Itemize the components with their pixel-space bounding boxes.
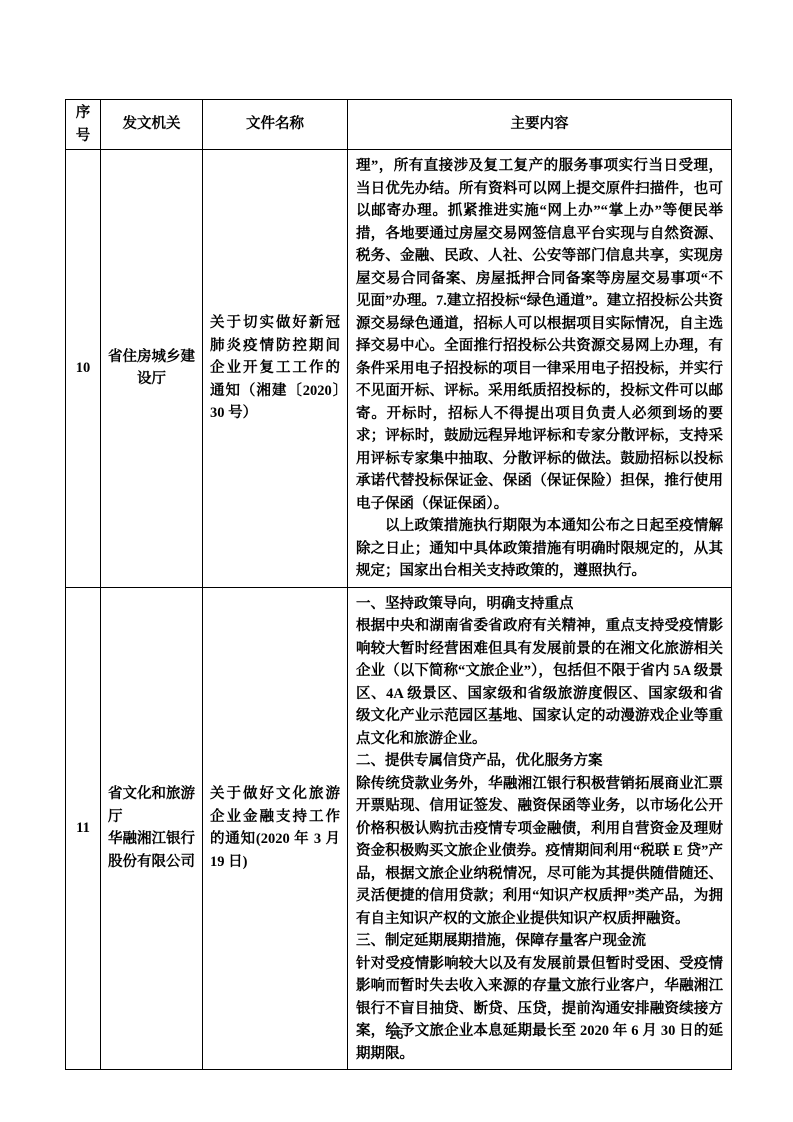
- content-paragraph: 理”，所有直接涉及复工复产的服务事项实行当日受理，当日优先办结。所有资料可以网上…: [356, 155, 723, 515]
- content-paragraph: 除传统贷款业务外，华融湘江银行积极营销拓展商业汇票开票贴现、信用证签发、融资保函…: [356, 773, 723, 931]
- row-serial-number: 10: [66, 150, 101, 588]
- content-section-heading: 一、坚持政策导向，明确支持重点: [356, 593, 723, 616]
- content-paragraph: 根据中央和湖南省委省政府有关精神，重点支持受疫情影响较大暂时经营困难但具有发展前…: [356, 615, 723, 750]
- main-content-cell: 一、坚持政策导向，明确支持重点 根据中央和湖南省委省政府有关精神，重点支持受疫情…: [348, 587, 732, 1070]
- content-paragraph: 以上政策措施执行期限为本通知公布之日起至疫情解除之日止；通知中具体政策措施有明确…: [356, 515, 723, 583]
- issuing-agency: 省文化和旅游厅 华融湘江银行股份有限公司: [101, 587, 203, 1070]
- header-issuing-agency: 发文机关: [101, 100, 203, 150]
- row-serial-number: 11: [66, 587, 101, 1070]
- header-main-content: 主要内容: [348, 100, 732, 150]
- table-row-10: 10 省住房城乡建设厅 关于切实做好新冠肺炎疫情防控期间企业开复工工作的通知（湘…: [66, 150, 732, 588]
- issuing-agency: 省住房城乡建设厅: [101, 150, 203, 588]
- table-header-row: 序号 发文机关 文件名称 主要内容: [66, 100, 732, 150]
- header-serial-number: 序号: [66, 100, 101, 150]
- document-page: 序号 发文机关 文件名称 主要内容 10 省住房城乡建设厅 关于切实做好新冠肺炎…: [0, 0, 793, 1122]
- content-section-heading: 三、制定延期展期措施，保障存量客户现金流: [356, 930, 723, 953]
- document-title: 关于切实做好新冠肺炎疫情防控期间企业开复工工作的通知（湘建〔2020〕30 号）: [203, 150, 348, 588]
- table-row-11: 11 省文化和旅游厅 华融湘江银行股份有限公司 关于做好文化旅游企业金融支持工作…: [66, 587, 732, 1070]
- header-document-name: 文件名称: [203, 100, 348, 150]
- content-section-heading: 二、提供专属信贷产品，优化服务方案: [356, 750, 723, 773]
- page-number: 26: [0, 1028, 793, 1042]
- policy-table: 序号 发文机关 文件名称 主要内容 10 省住房城乡建设厅 关于切实做好新冠肺炎…: [65, 99, 732, 1070]
- content-paragraph: 针对受疫情影响较大以及有发展前景但暂时受困、受疫情影响而暂时失去收入来源的存量文…: [356, 953, 723, 1066]
- main-content-cell: 理”，所有直接涉及复工复产的服务事项实行当日受理，当日优先办结。所有资料可以网上…: [348, 150, 732, 588]
- document-title: 关于做好文化旅游企业金融支持工作的通知(2020 年 3 月 19 日): [203, 587, 348, 1070]
